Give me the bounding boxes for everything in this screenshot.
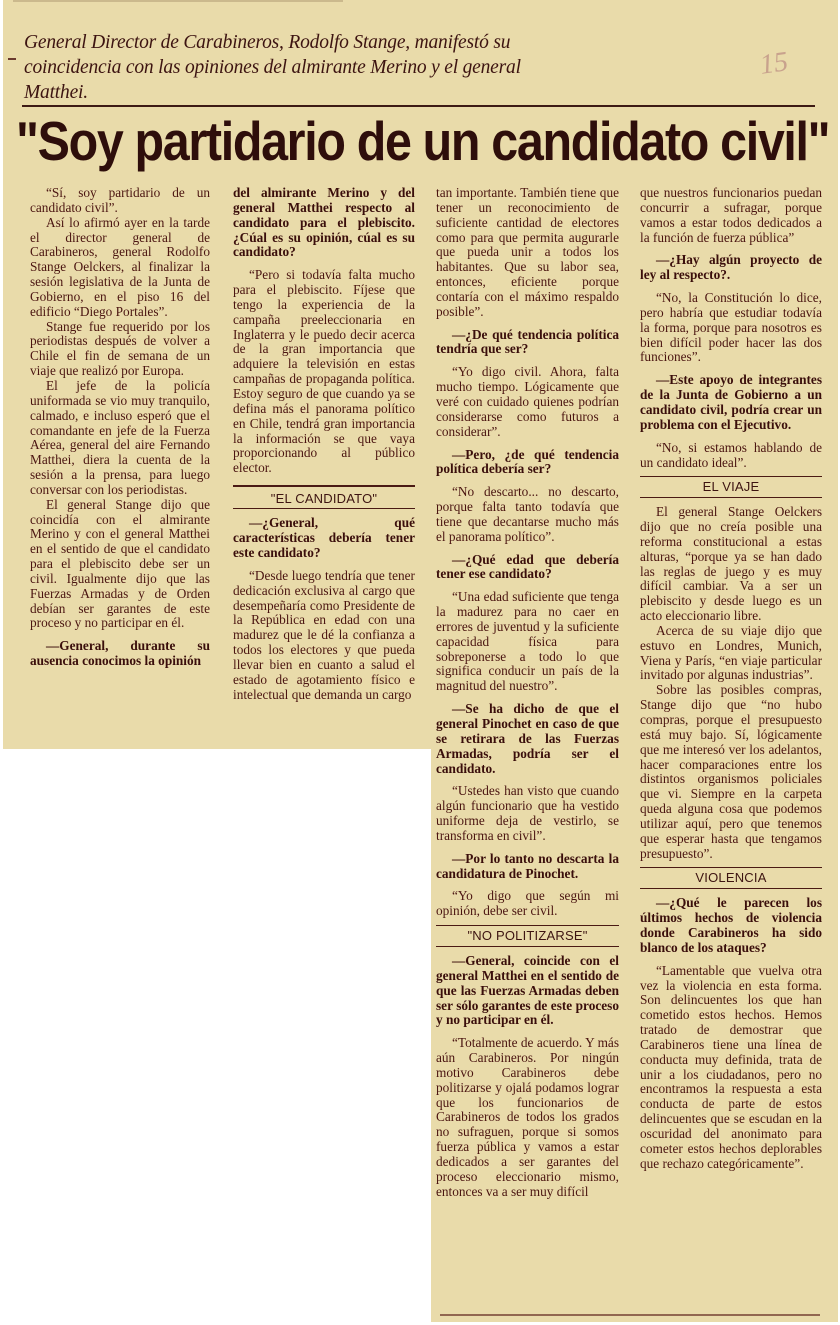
margin-mark bbox=[8, 58, 16, 60]
paragraph: “Pero si todavía falta mucho para el ple… bbox=[233, 268, 415, 476]
interview-question: —¿General, qué características debería t… bbox=[233, 516, 415, 561]
paragraph: “Yo digo que según mi opinión, debe ser … bbox=[436, 889, 619, 919]
paragraph: Stange fue requerido por los periodistas… bbox=[30, 320, 210, 379]
column-4-body-bottom: —¿Qué le parecen los últimos hechos de v… bbox=[640, 896, 822, 1171]
column-2-body-bottom: —¿General, qué características debería t… bbox=[233, 516, 415, 702]
paragraph: “Totalmente de acuerdo. Y más aún Carabi… bbox=[436, 1036, 619, 1199]
column-4: que nuestros funcionarios puedan concurr… bbox=[640, 186, 822, 1171]
paragraph: “Ustedes han visto que cuando algún func… bbox=[436, 784, 619, 843]
column-3-body-bottom: —General, coincide con el general Matthe… bbox=[436, 954, 619, 1200]
interview-question: —¿De qué tendencia política tendría que … bbox=[436, 328, 619, 358]
interview-question: —¿Qué edad que debería tener ese candida… bbox=[436, 553, 619, 583]
interview-question: del almirante Merino y del general Matth… bbox=[233, 186, 415, 260]
subhead-el-viaje: EL VIAJE bbox=[640, 476, 822, 498]
paragraph: Acerca de su viaje dijo que estuvo en Lo… bbox=[640, 624, 822, 683]
interview-question: —Pero, ¿de qué tendencia política deberí… bbox=[436, 448, 619, 478]
paragraph: El general Stange Oelckers dijo que no c… bbox=[640, 505, 822, 624]
subhead-violencia: VIOLENCIA bbox=[640, 867, 822, 889]
interview-question: —¿Hay algún proyecto de ley al respecto?… bbox=[640, 253, 822, 283]
column-rule bbox=[233, 485, 415, 487]
paragraph: Así lo afirmó ayer en la tarde el direct… bbox=[30, 216, 210, 320]
paragraph: “Lamentable que vuelva otra vez la viole… bbox=[640, 964, 822, 1172]
paragraph: que nuestros funcionarios puedan concurr… bbox=[640, 186, 822, 245]
interview-question: —Se ha dicho de que el general Pinochet … bbox=[436, 702, 619, 776]
interview-question: —Por lo tanto no descarta la candidatura… bbox=[436, 852, 619, 882]
column-1-body: “Sí, soy partidario de un candidato civi… bbox=[30, 186, 210, 669]
subhead-el-candidato: "EL CANDIDATO" bbox=[233, 489, 415, 510]
interview-question: —General, durante su ausencia conocimos … bbox=[30, 639, 210, 669]
paragraph: “Sí, soy partidario de un candidato civi… bbox=[30, 186, 210, 216]
paragraph: “Una edad suficiente que tenga la madure… bbox=[436, 590, 619, 694]
column-4-body-top: que nuestros funcionarios puedan concurr… bbox=[640, 186, 822, 470]
paragraph: “Yo digo civil. Ahora, falta mucho tiemp… bbox=[436, 365, 619, 439]
column-3: tan importante. También tiene que tener … bbox=[436, 186, 619, 1199]
paragraph: El general Stange dijo que coincidía con… bbox=[30, 498, 210, 632]
interview-question: —General, coincide con el general Matthe… bbox=[436, 954, 619, 1028]
paragraph: “No descarto... no descarto, porque falt… bbox=[436, 485, 619, 544]
interview-question: —Este apoyo de integrantes de la Junta d… bbox=[640, 373, 822, 432]
headline-rule bbox=[22, 105, 815, 107]
paragraph: tan importante. También tiene que tener … bbox=[436, 186, 619, 320]
subhead-no-politizarse: "NO POLITIZARSE" bbox=[436, 925, 619, 947]
column-4-body-middle: El general Stange Oelckers dijo que no c… bbox=[640, 505, 822, 861]
column-3-body-top: tan importante. También tiene que tener … bbox=[436, 186, 619, 919]
bottom-rule bbox=[440, 1314, 820, 1316]
column-1: “Sí, soy partidario de un candidato civi… bbox=[30, 186, 210, 669]
column-2-body-top: del almirante Merino y del general Matth… bbox=[233, 186, 415, 476]
interview-question: —¿Qué le parecen los últimos hechos de v… bbox=[640, 896, 822, 955]
paragraph: “No, si estamos hablando de un candidato… bbox=[640, 441, 822, 471]
article-headline: "Soy partidario de un candidato civil" bbox=[16, 108, 738, 174]
paragraph: “No, la Constitución lo dice, pero habrí… bbox=[640, 291, 822, 365]
paragraph: Sobre las posibles compras, Stange dijo … bbox=[640, 683, 822, 861]
article-deck: General Director de Carabineros, Rodolfo… bbox=[24, 30, 564, 105]
paragraph: El jefe de la policía uniformada se vio … bbox=[30, 379, 210, 498]
paragraph: “Desde luego tendría que tener dedicació… bbox=[233, 569, 415, 703]
handwritten-page-number: 15 bbox=[758, 46, 790, 82]
column-2: del almirante Merino y del general Matth… bbox=[233, 186, 415, 703]
